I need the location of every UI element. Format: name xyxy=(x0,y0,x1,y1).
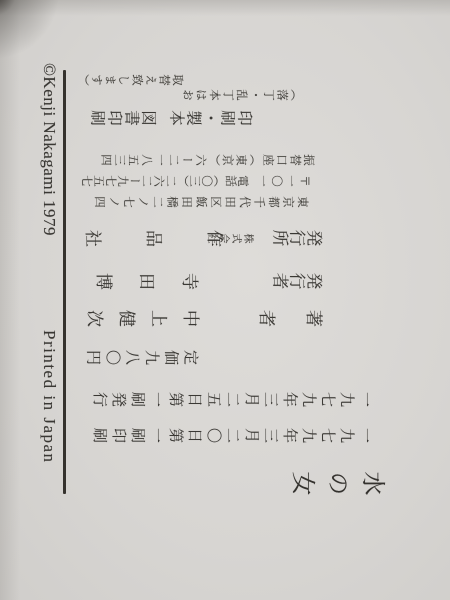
transfer-account: 振替口座（東京）六ー二一八五三四 xyxy=(99,151,315,167)
colophon-photo: 水の女 一九七九年三月二〇日第一刷印刷 一九七九年三月二五日第一刷発行 定価九八… xyxy=(0,0,450,600)
price-line: 定価九八〇円 xyxy=(82,346,199,367)
copyright-line: ©Kenji Nakagami 1979 xyxy=(39,63,59,236)
publisher-label: 発行所 xyxy=(272,227,323,246)
phone-number: 電話（〇三）二六二ー九七五七 xyxy=(81,174,249,186)
publisher-name: 作品社 xyxy=(41,227,224,246)
author-name: 中上健次 xyxy=(72,307,200,326)
colophon-page: 水の女 一九七九年三月二〇日第一刷印刷 一九七九年三月二五日第一刷発行 定価九八… xyxy=(0,0,450,600)
defect-note-line1: （落丁・乱丁本はお xyxy=(181,86,303,102)
printed-in-japan: Printed in Japan xyxy=(39,330,59,464)
issuer-line: 発行者寺田博 xyxy=(70,267,323,292)
printing-label: 印刷・製本 xyxy=(168,108,253,125)
author-label: 著者 xyxy=(229,307,323,326)
postal-and-phone: 〒一〇一電話（〇三）二六二ー九七五七 xyxy=(81,172,311,188)
footer-rule xyxy=(64,70,67,494)
defect-note-line2: 取替え致します） xyxy=(76,71,184,87)
printing-line: 印刷・製本図書印刷 xyxy=(89,105,253,127)
printing-name: 図書印刷 xyxy=(89,108,157,125)
book-title: 水の女 xyxy=(281,463,386,498)
publish-date-line: 一九七九年三月二五日第一刷発行 xyxy=(89,388,374,409)
postal-code: 〒一〇一 xyxy=(255,174,311,186)
issuer-label: 発行者 xyxy=(272,270,323,289)
author-line: 著者中上健次 xyxy=(72,304,323,329)
publisher-line: 発行所株式会社作品社 xyxy=(41,224,323,249)
publisher-address: 東京都千代田区飯田橋二ノ七ノ四 xyxy=(92,193,310,209)
publisher-corp-prefix: 株式会社 xyxy=(226,231,254,242)
print-date-line: 一九七九年三月二〇日第一刷印刷 xyxy=(89,424,374,445)
issuer-name: 寺田博 xyxy=(70,270,199,289)
